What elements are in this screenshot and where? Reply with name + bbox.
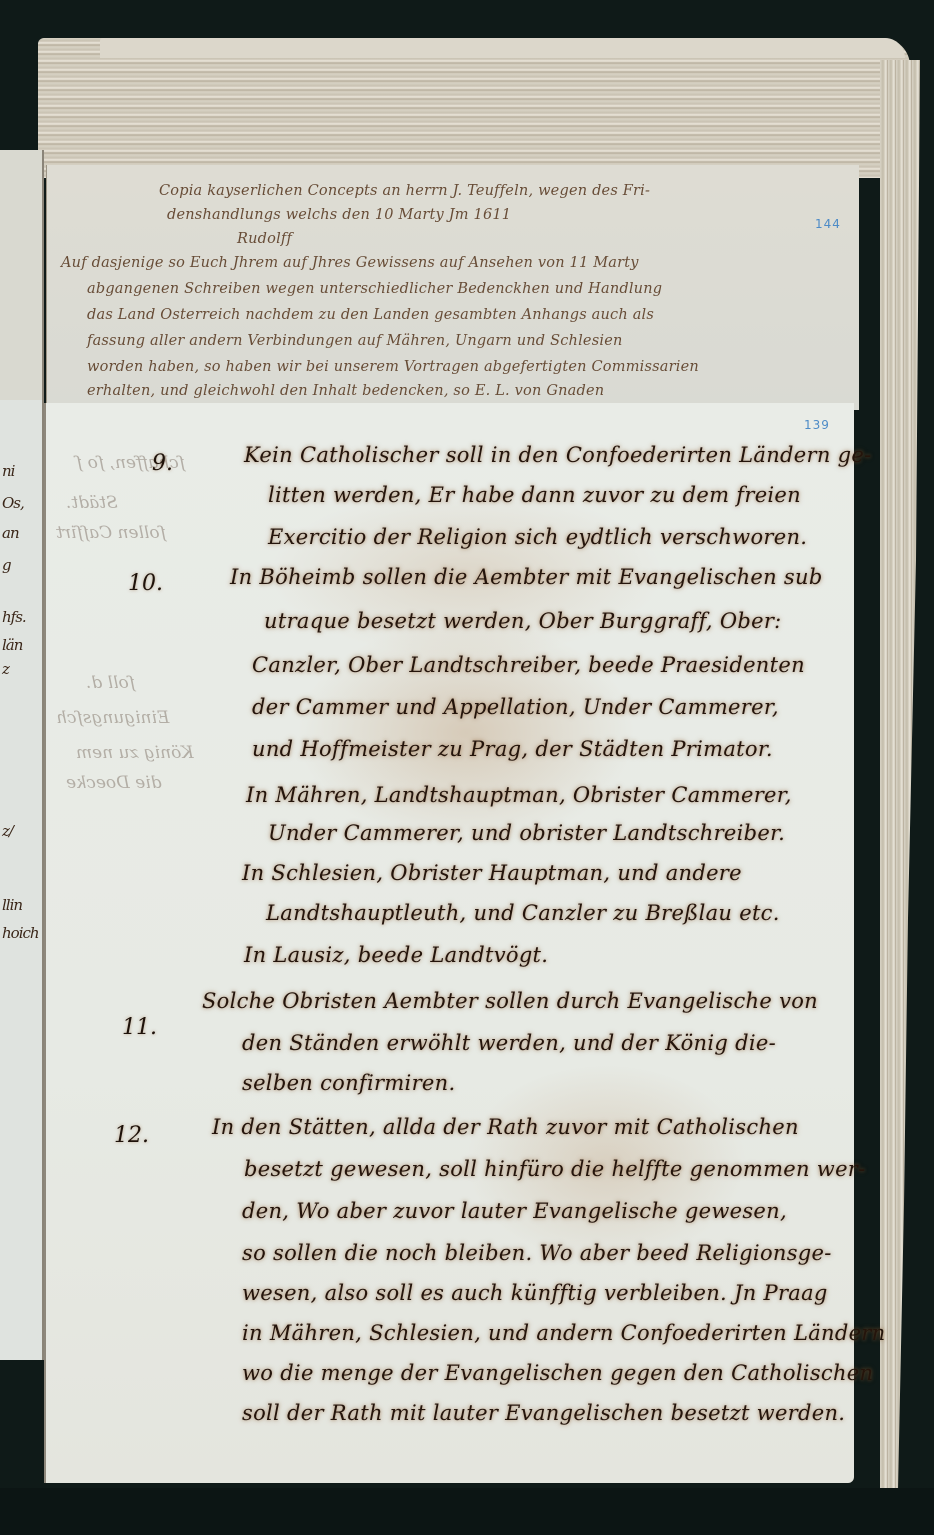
back-body-line: das Land Osterreich nachdem zu den Lande… bbox=[87, 307, 654, 323]
article-line: und Hoffmeister zu Prag, der Städten Pri… bbox=[252, 737, 773, 761]
show-through-text: Städt. bbox=[66, 493, 118, 513]
back-body-line: Auf dasjenige so Euch Jhrem auf Jhres Ge… bbox=[61, 255, 639, 271]
article-line: Landtshauptleuth, und Canzler zu Breßlau… bbox=[266, 901, 780, 925]
front-page-folio-139: 139 ſchaffen, ſo ſ Städt. ſollen Caſſirt… bbox=[44, 403, 854, 1483]
article-line: Exercitio der Religion sich eydtlich ver… bbox=[268, 525, 807, 549]
page-stack-right-edges bbox=[880, 60, 920, 1490]
article-number: 12. bbox=[114, 1123, 149, 1148]
article-line: der Cammer und Appellation, Under Cammer… bbox=[252, 695, 779, 719]
article-line: In Schlesien, Obrister Hauptman, und and… bbox=[242, 861, 742, 885]
left-page-fragment: an bbox=[2, 524, 19, 542]
article-line: selben confirmiren. bbox=[242, 1071, 455, 1095]
article-line: den Ständen erwöhlt werden, und der Köni… bbox=[242, 1031, 776, 1055]
article-line: wesen, also soll es auch künfftig verble… bbox=[242, 1281, 828, 1305]
manuscript-scan: ni Os, an g hfs. län z llin hoich z/ 144… bbox=[0, 0, 934, 1535]
left-page-fragment: hfs. bbox=[2, 608, 26, 626]
article-line: In Böheimb sollen die Aembter mit Evange… bbox=[230, 565, 823, 589]
dark-background-bottom bbox=[0, 1488, 934, 1535]
page-stack-top-leaf bbox=[100, 38, 905, 58]
folio-number-back: 144 bbox=[815, 217, 841, 231]
left-facing-page-upper bbox=[0, 150, 42, 400]
page-stack-top-edges bbox=[38, 38, 910, 178]
article-line: Solche Obristen Aembter sollen durch Eva… bbox=[202, 989, 818, 1013]
back-heading-line: Copia kayserlichen Concepts an herrn J. … bbox=[159, 183, 650, 199]
back-heading-line: Rudolff bbox=[237, 231, 292, 247]
left-page-fragment: z/ bbox=[2, 822, 13, 840]
back-body-line: worden haben, so haben wir bei unserem V… bbox=[87, 359, 699, 375]
article-line: so sollen die noch bleiben. Wo aber beed… bbox=[242, 1241, 832, 1265]
article-number: 10. bbox=[128, 571, 163, 596]
article-line: In Lausiz, beede Landtvögt. bbox=[244, 943, 548, 967]
left-page-fragment: z bbox=[2, 660, 9, 678]
back-body-line: erhalten, und gleichwohl den Inhalt bede… bbox=[87, 383, 604, 399]
show-through-text: die Doecke bbox=[66, 773, 162, 793]
article-line: den, Wo aber zuvor lauter Evangelische g… bbox=[242, 1199, 787, 1223]
show-through-text: ſollen Caſſirt bbox=[56, 523, 166, 543]
article-line: Kein Catholischer soll in den Confoederi… bbox=[244, 443, 872, 467]
back-body-line: fassung aller andern Verbindungen auf Mä… bbox=[87, 333, 623, 349]
article-line: Canzler, Ober Landtschreiber, beede Prae… bbox=[252, 653, 805, 677]
article-line: wo die menge der Evangelischen gegen den… bbox=[242, 1361, 873, 1385]
left-page-fragment: g bbox=[2, 556, 11, 574]
back-heading-line: denshandlungs welchs den 10 Marty Jm 161… bbox=[167, 207, 511, 223]
article-number: 9. bbox=[152, 451, 173, 476]
article-line: litten werden, Er habe dann zuvor zu dem… bbox=[268, 483, 801, 507]
left-page-fragment: Os, bbox=[2, 494, 24, 512]
back-page-folio-144: 144 Copia kayserlichen Concepts an herrn… bbox=[46, 165, 859, 410]
article-line: utraque besetzt werden, Ober Burggraff, … bbox=[264, 609, 782, 633]
left-page-fragment: ni bbox=[2, 462, 14, 480]
folio-number-front: 139 bbox=[804, 418, 830, 432]
article-line: Under Cammerer, und obrister Landtschrei… bbox=[268, 821, 785, 845]
left-page-fragment: län bbox=[2, 636, 22, 654]
article-line: In Mähren, Landtshauptman, Obrister Camm… bbox=[246, 783, 792, 807]
article-line: in Mähren, Schlesien, und andern Confoed… bbox=[242, 1321, 885, 1345]
article-line: soll der Rath mit lauter Evangelischen b… bbox=[242, 1401, 845, 1425]
show-through-text: König zu nem bbox=[76, 743, 194, 763]
left-page-fragment: hoich bbox=[2, 924, 39, 942]
back-body-line: abgangenen Schreiben wegen unterschiedli… bbox=[87, 281, 662, 297]
show-through-text: ſoll d. bbox=[86, 673, 135, 693]
left-page-fragment: llin bbox=[2, 896, 22, 914]
article-line: besetzt gewesen, soll hinfüro die helfft… bbox=[244, 1157, 866, 1181]
article-number: 11. bbox=[122, 1015, 157, 1040]
article-line: In den Stätten, allda der Rath zuvor mit… bbox=[212, 1115, 799, 1139]
show-through-text: Einigungsſch bbox=[56, 708, 169, 728]
